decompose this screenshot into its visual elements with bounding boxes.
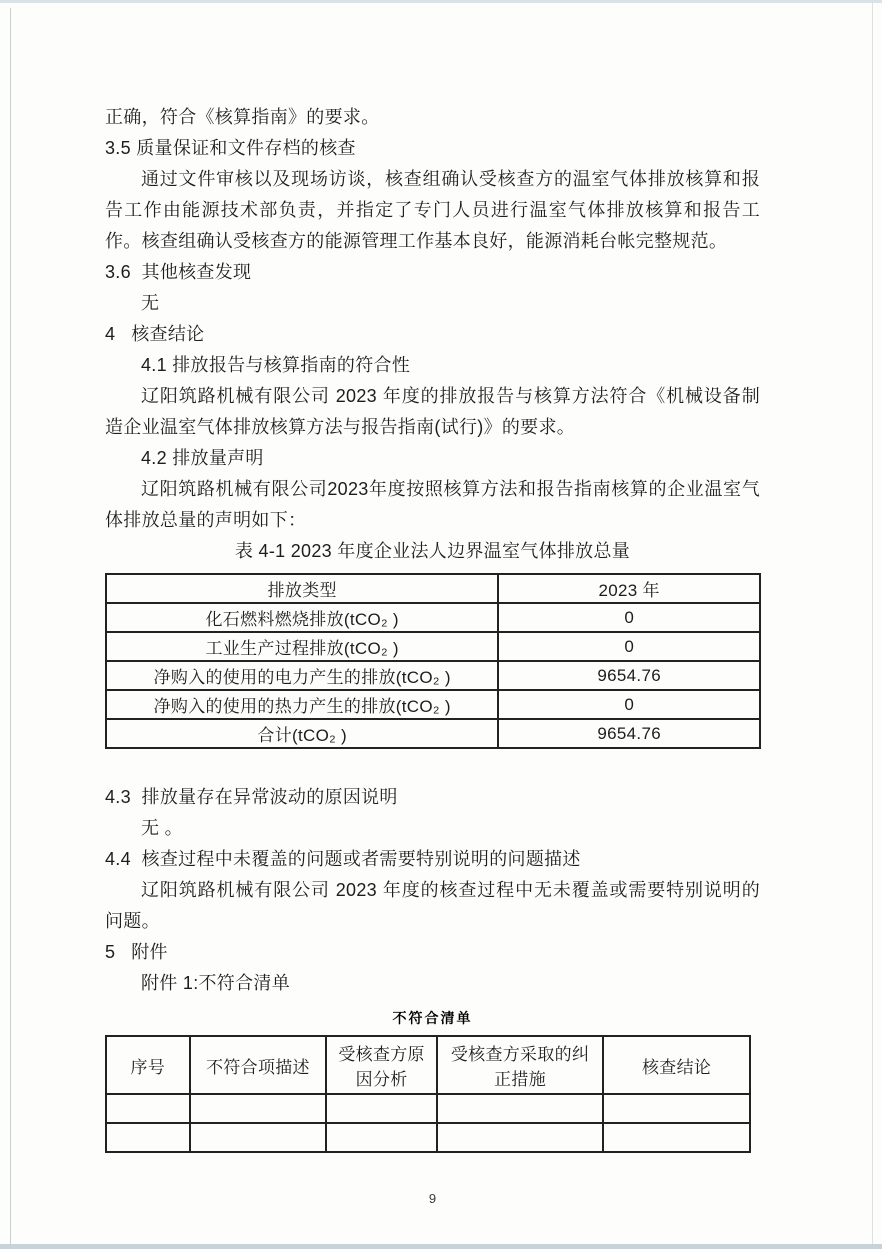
- table-row: [106, 1123, 750, 1152]
- emission-type-cell: 净购入的使用的热力产生的排放(tCO₂ ): [106, 690, 498, 719]
- empty-cell: [437, 1123, 603, 1152]
- table-row: 合计(tCO₂ ) 9654.76: [106, 719, 760, 748]
- section-4-heading: 4 核查结论: [105, 319, 760, 350]
- emission-type-cell: 合计(tCO₂ ): [106, 719, 498, 748]
- emissions-table-header-row: 排放类型 2023 年: [106, 574, 760, 603]
- emissions-table-title: 表 4-1 2023 年度企业法人边界温室气体排放总量: [105, 536, 760, 567]
- empty-cell: [106, 1123, 190, 1152]
- nc-col-header-index: 序号: [106, 1036, 190, 1094]
- nc-col-header-correction: 受核查方采取的纠正措施: [437, 1036, 603, 1094]
- section-3-5-heading: 3.5 质量保证和文件存档的核查: [105, 133, 760, 164]
- emission-value-cell: 0: [498, 690, 760, 719]
- annex-1-line: 附件 1:不符合清单: [141, 968, 760, 999]
- table-row: 工业生产过程排放(tCO₂ ) 0: [106, 632, 760, 661]
- empty-cell: [603, 1094, 750, 1123]
- table-row: 化石燃料燃烧排放(tCO₂ ) 0: [106, 603, 760, 632]
- emission-value-cell: 0: [498, 632, 760, 661]
- scan-edge-top: [0, 0, 882, 3]
- emission-value-cell: 9654.76: [498, 661, 760, 690]
- scan-edge-left: [10, 8, 11, 1244]
- section-5-heading: 5 附件: [105, 937, 760, 968]
- empty-cell: [190, 1094, 327, 1123]
- empty-cell: [437, 1094, 603, 1123]
- emission-type-cell: 化石燃料燃烧排放(tCO₂ ): [106, 603, 498, 632]
- emission-type-cell: 净购入的使用的电力产生的排放(tCO₂ ): [106, 661, 498, 690]
- section-4-4-heading: 4.4 核查过程中未覆盖的问题或者需要特别说明的问题描述: [105, 844, 760, 875]
- intro-line: 正确，符合《核算指南》的要求。: [105, 102, 760, 133]
- section-3-6-value: 无: [141, 288, 760, 319]
- section-4-3-value: 无 。: [141, 813, 760, 844]
- empty-cell: [190, 1123, 327, 1152]
- section-4-2-heading: 4.2 排放量声明: [141, 443, 760, 474]
- nonconformance-table-title: 不符合清单: [105, 1005, 760, 1031]
- section-3-5-paragraph: 通过文件审核以及现场访谈，核查组确认受核查方的温室气体排放核算和报告工作由能源技…: [105, 164, 760, 257]
- nonconformance-table: 序号 不符合项描述 受核查方原因分析 受核查方采取的纠正措施 核查结论: [105, 1035, 751, 1153]
- scan-edge-bottom: [0, 1244, 882, 1249]
- section-4-4-paragraph: 辽阳筑路机械有限公司 2023 年度的核查过程中无未覆盖或需要特别说明的问题。: [105, 875, 760, 937]
- page-content: 正确，符合《核算指南》的要求。 3.5 质量保证和文件存档的核查 通过文件审核以…: [105, 102, 760, 1206]
- emission-type-cell: 工业生产过程排放(tCO₂ ): [106, 632, 498, 661]
- empty-cell: [106, 1094, 190, 1123]
- section-4-2-paragraph: 辽阳筑路机械有限公司2023年度按照核算方法和报告指南核算的企业温室气体排放总量…: [105, 474, 760, 536]
- scan-edge-right: [872, 3, 873, 1244]
- emission-value-cell: 0: [498, 603, 760, 632]
- section-3-6-heading: 3.6 其他核查发现: [105, 257, 760, 288]
- nc-col-header-description: 不符合项描述: [190, 1036, 327, 1094]
- table-row: 净购入的使用的热力产生的排放(tCO₂ ) 0: [106, 690, 760, 719]
- emissions-col-header-year: 2023 年: [498, 574, 760, 603]
- empty-cell: [326, 1094, 437, 1123]
- empty-cell: [603, 1123, 750, 1152]
- document-page: 正确，符合《核算指南》的要求。 3.5 质量保证和文件存档的核查 通过文件审核以…: [0, 0, 882, 1249]
- emissions-table: 排放类型 2023 年 化石燃料燃烧排放(tCO₂ ) 0 工业生产过程排放(t…: [105, 573, 761, 749]
- section-4-3-heading: 4.3 排放量存在异常波动的原因说明: [105, 782, 760, 813]
- empty-cell: [326, 1123, 437, 1152]
- page-number: 9: [105, 1191, 760, 1206]
- nc-col-header-cause: 受核查方原因分析: [326, 1036, 437, 1094]
- nc-col-header-conclusion: 核查结论: [603, 1036, 750, 1094]
- emissions-col-header-type: 排放类型: [106, 574, 498, 603]
- section-4-1-heading: 4.1 排放报告与核算指南的符合性: [141, 350, 760, 381]
- table-row: 净购入的使用的电力产生的排放(tCO₂ ) 9654.76: [106, 661, 760, 690]
- table-row: [106, 1094, 750, 1123]
- emission-value-cell: 9654.76: [498, 719, 760, 748]
- section-4-1-paragraph: 辽阳筑路机械有限公司 2023 年度的排放报告与核算方法符合《机械设备制造企业温…: [105, 381, 760, 443]
- nonconformance-header-row: 序号 不符合项描述 受核查方原因分析 受核查方采取的纠正措施 核查结论: [106, 1036, 750, 1094]
